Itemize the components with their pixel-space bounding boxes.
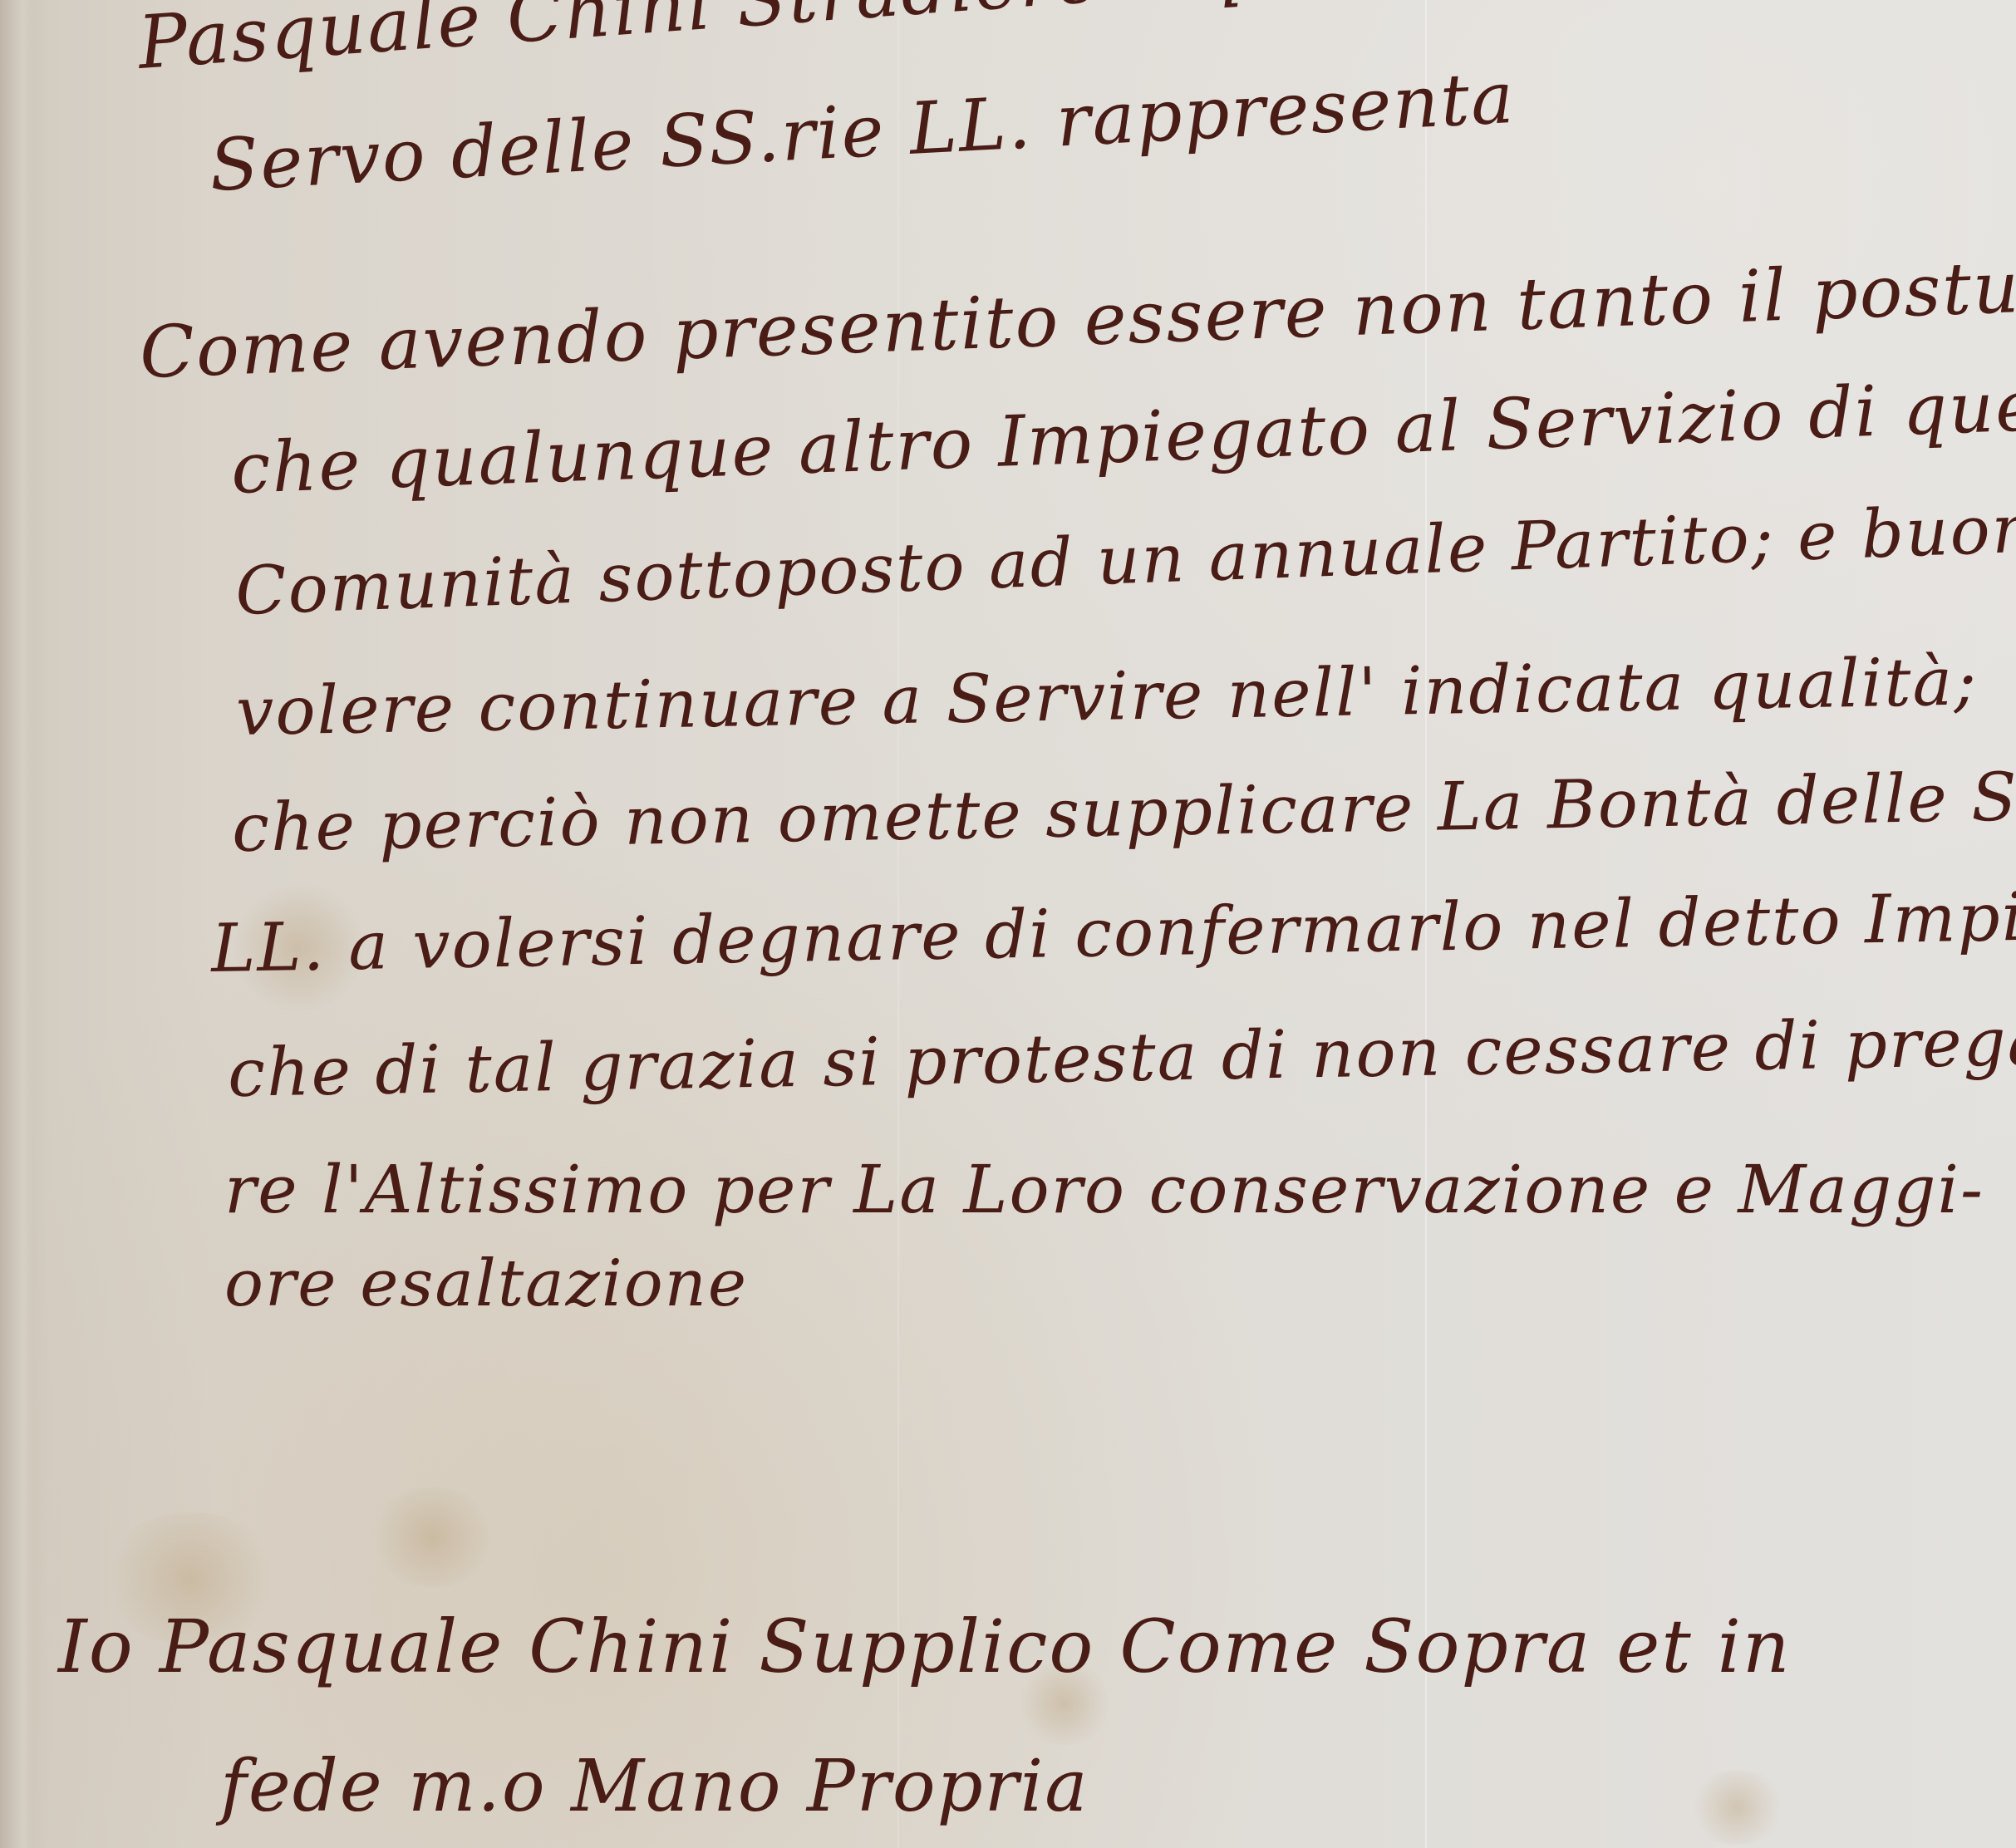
manuscript-line-6: volere continuare a Servire nell' indica…: [235, 642, 1978, 750]
manuscript-page: Pasquale Chini Stradiere à questa Porta …: [0, 0, 2016, 1848]
manuscript-line-3: Come avendo presentito essere non tanto …: [139, 239, 2016, 395]
page-binding-edge: [0, 0, 33, 1848]
manuscript-line-1: Pasquale Chini Stradiere à questa Porta …: [135, 0, 2016, 86]
signature-line-2: fede m.o Mano Propria: [220, 1745, 1089, 1828]
signature-line-1: Io Pasquale Chini Supplico Come Sopra et…: [58, 1604, 1792, 1689]
manuscript-line-2: Servo delle SS.rie LL. rappresenta: [208, 57, 1517, 208]
manuscript-line-7: che perciò non omette supplicare La Bont…: [231, 755, 2016, 867]
paper-stain: [366, 1487, 499, 1587]
manuscript-line-11: ore esaltazione: [224, 1246, 748, 1321]
manuscript-line-4: che qualunque altro Impiegato al Servizi…: [230, 361, 2016, 509]
manuscript-line-10: re l'Altissimo per La Loro conservazione…: [224, 1151, 1984, 1228]
manuscript-line-8: LL. a volersi degnare di confermarlo nel…: [210, 876, 2016, 987]
manuscript-line-5: Comunità sottoposto ad un annuale Partit…: [234, 480, 2016, 630]
paper-stain: [1687, 1770, 1787, 1845]
manuscript-line-9: che di tal grazia si protesta di non ces…: [227, 1001, 2016, 1112]
